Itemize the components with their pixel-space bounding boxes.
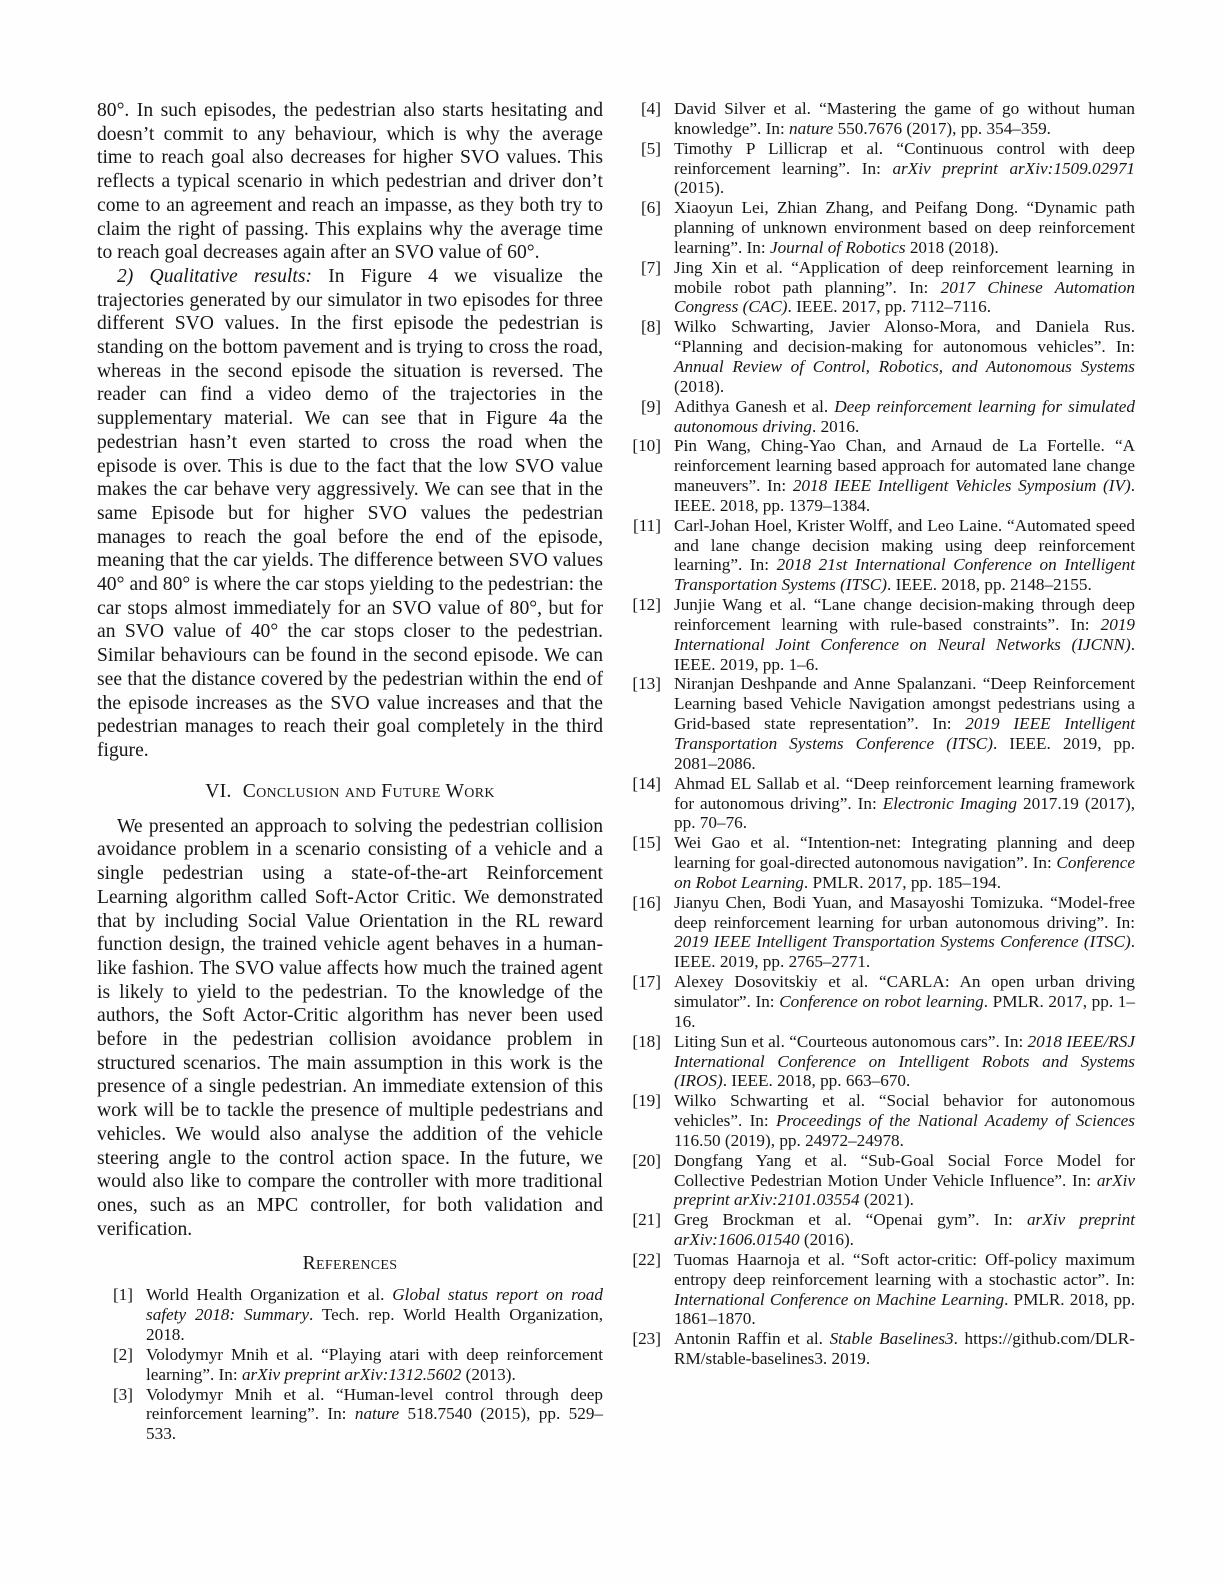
reference-text: Pin Wang, Ching-Yao Chan, and Arnaud de … <box>674 436 1135 515</box>
reference-label: [3] <box>97 1385 133 1445</box>
reference-item: [21]Greg Brockman et al. “Openai gym”. I… <box>625 1210 1135 1250</box>
reference-item: [12]Junjie Wang et al. “Lane change deci… <box>625 595 1135 674</box>
reference-label: [12] <box>625 595 661 674</box>
reference-text: Jianyu Chen, Bodi Yuan, and Masayoshi To… <box>674 893 1135 972</box>
reference-label: [18] <box>625 1032 661 1092</box>
italic-text: Conference on robot learning <box>779 992 984 1011</box>
italic-text: arXiv preprint arXiv:1312.5602 <box>242 1365 461 1384</box>
reference-text: Alexey Dosovitskiy et al. “CARLA: An ope… <box>674 972 1135 1032</box>
references-heading: References <box>97 1253 603 1275</box>
text-run: Jianyu Chen, Bodi Yuan, and Masayoshi To… <box>674 893 1135 932</box>
reference-text: Dongfang Yang et al. “Sub-Goal Social Fo… <box>674 1151 1135 1211</box>
reference-item: [2]Volodymyr Mnih et al. “Playing atari … <box>97 1345 603 1385</box>
reference-item: [5]Timothy P Lillicrap et al. “Continuou… <box>625 139 1135 199</box>
text-run: 2018 (2018). <box>906 238 999 257</box>
text-run: . IEEE. 2017, pp. 7112–7116. <box>787 297 991 316</box>
reference-label: [1] <box>97 1285 133 1345</box>
reference-item: [22]Tuomas Haarnoja et al. “Soft actor-c… <box>625 1250 1135 1329</box>
paragraph: 2) Qualitative results: In Figure 4 we v… <box>97 265 603 763</box>
italic-text: 2) Qualitative results: <box>117 266 312 287</box>
text-run: Junjie Wang et al. “Lane change decision… <box>674 595 1135 634</box>
reference-text: Greg Brockman et al. “Openai gym”. In: a… <box>674 1210 1135 1250</box>
italic-text: 2019 IEEE Intelligent Transportation Sys… <box>674 932 1131 951</box>
references-list-right: [4]David Silver et al. “Mastering the ga… <box>625 99 1135 1369</box>
reference-text: Xiaoyun Lei, Zhian Zhang, and Peifang Do… <box>674 198 1135 258</box>
reference-label: [6] <box>625 198 661 258</box>
italic-text: Electronic Imaging <box>883 794 1017 813</box>
paragraph: We presented an approach to solving the … <box>97 815 603 1242</box>
reference-item: [17]Alexey Dosovitskiy et al. “CARLA: An… <box>625 972 1135 1032</box>
reference-item: [15]Wei Gao et al. “Intention-net: Integ… <box>625 833 1135 893</box>
text-run: In Figure 4 we visualize the trajectorie… <box>97 266 603 761</box>
paper-page: 80°. In such episodes, the pedestrian al… <box>0 0 1224 1584</box>
reference-label: [4] <box>625 99 661 139</box>
text-run: Adithya Ganesh et al. <box>674 397 834 416</box>
italic-text: nature <box>355 1404 399 1423</box>
reference-text: Volodymyr Mnih et al. “Human-level contr… <box>146 1385 603 1445</box>
text-run: . IEEE. 2018, pp. 2148–2155. <box>887 575 1092 594</box>
reference-text: Volodymyr Mnih et al. “Playing atari wit… <box>146 1345 603 1385</box>
reference-label: [15] <box>625 833 661 893</box>
text-run: Wilko Schwarting, Javier Alonso-Mora, an… <box>674 317 1135 356</box>
reference-text: Junjie Wang et al. “Lane change decision… <box>674 595 1135 674</box>
text-run: Greg Brockman et al. “Openai gym”. In: <box>674 1210 1027 1229</box>
reference-label: [20] <box>625 1151 661 1211</box>
text-run: Antonin Raffin et al. <box>674 1329 830 1348</box>
text-run: Tuomas Haarnoja et al. “Soft actor-criti… <box>674 1250 1135 1289</box>
reference-label: [21] <box>625 1210 661 1250</box>
reference-item: [16]Jianyu Chen, Bodi Yuan, and Masayosh… <box>625 893 1135 972</box>
reference-item: [10]Pin Wang, Ching-Yao Chan, and Arnaud… <box>625 436 1135 515</box>
text-run: (2018). <box>674 377 724 396</box>
reference-label: [22] <box>625 1250 661 1329</box>
italic-text: International Conference on Machine Lear… <box>674 1290 1004 1309</box>
reference-text: Niranjan Deshpande and Anne Spalanzani. … <box>674 674 1135 773</box>
reference-text: Wilko Schwarting, Javier Alonso-Mora, an… <box>674 317 1135 396</box>
section-number: VI. <box>205 781 231 802</box>
reference-label: [11] <box>625 516 661 595</box>
reference-text: Adithya Ganesh et al. Deep reinforcement… <box>674 397 1135 437</box>
right-column: [4]David Silver et al. “Mastering the ga… <box>625 99 1135 1544</box>
text-run: World Health Organization et al. <box>146 1285 392 1304</box>
reference-item: [11]Carl-Johan Hoel, Krister Wolff, and … <box>625 516 1135 595</box>
left-column: 80°. In such episodes, the pedestrian al… <box>97 99 603 1544</box>
reference-label: [17] <box>625 972 661 1032</box>
text-run: Liting Sun et al. “Courteous autonomous … <box>674 1032 1028 1051</box>
reference-item: [1]World Health Organization et al. Glob… <box>97 1285 603 1345</box>
reference-text: David Silver et al. “Mastering the game … <box>674 99 1135 139</box>
reference-label: [14] <box>625 774 661 834</box>
text-run: (2013). <box>461 1365 515 1384</box>
reference-item: [23]Antonin Raffin et al. Stable Baselin… <box>625 1329 1135 1369</box>
italic-text: Stable Baselines3 <box>830 1329 954 1348</box>
reference-text: Wei Gao et al. “Intention-net: Integrati… <box>674 833 1135 893</box>
text-run: (2021). <box>860 1190 914 1209</box>
reference-text: Wilko Schwarting et al. “Social behavior… <box>674 1091 1135 1151</box>
reference-item: [18]Liting Sun et al. “Courteous autonom… <box>625 1032 1135 1092</box>
reference-label: [16] <box>625 893 661 972</box>
reference-label: [5] <box>625 139 661 199</box>
reference-item: [8]Wilko Schwarting, Javier Alonso-Mora,… <box>625 317 1135 396</box>
reference-text: Jing Xin et al. “Application of deep rei… <box>674 258 1135 318</box>
reference-label: [13] <box>625 674 661 773</box>
italic-text: Proceedings of the National Academy of S… <box>776 1111 1135 1130</box>
reference-text: Liting Sun et al. “Courteous autonomous … <box>674 1032 1135 1092</box>
text-run: Dongfang Yang et al. “Sub-Goal Social Fo… <box>674 1151 1135 1190</box>
reference-item: [6]Xiaoyun Lei, Zhian Zhang, and Peifang… <box>625 198 1135 258</box>
section-heading: VI.Conclusion and Future Work <box>97 781 603 803</box>
text-run: (2015). <box>674 178 724 197</box>
reference-item: [14]Ahmad EL Sallab et al. “Deep reinfor… <box>625 774 1135 834</box>
paragraph: 80°. In such episodes, the pedestrian al… <box>97 99 603 265</box>
italic-text: Journal of Robotics <box>770 238 906 257</box>
references-list-left: [1]World Health Organization et al. Glob… <box>97 1285 603 1444</box>
reference-label: [9] <box>625 397 661 437</box>
reference-item: [19]Wilko Schwarting et al. “Social beha… <box>625 1091 1135 1151</box>
text-run: 80°. In such episodes, the pedestrian al… <box>97 100 603 263</box>
reference-item: [7]Jing Xin et al. “Application of deep … <box>625 258 1135 318</box>
reference-text: Ahmad EL Sallab et al. “Deep reinforceme… <box>674 774 1135 834</box>
body-paragraphs: 80°. In such episodes, the pedestrian al… <box>97 99 603 763</box>
text-run: We presented an approach to solving the … <box>97 816 603 1240</box>
reference-label: [23] <box>625 1329 661 1369</box>
italic-text: nature <box>789 119 833 138</box>
text-run: . 2016. <box>812 417 859 436</box>
section-title: Conclusion and Future Work <box>243 781 495 802</box>
reference-label: [2] <box>97 1345 133 1385</box>
text-run: . IEEE. 2018, pp. 663–670. <box>723 1071 911 1090</box>
reference-text: World Health Organization et al. Global … <box>146 1285 603 1345</box>
reference-text: Antonin Raffin et al. Stable Baselines3.… <box>674 1329 1135 1369</box>
reference-label: [7] <box>625 258 661 318</box>
text-run: . PMLR. 2017, pp. 185–194. <box>804 873 1001 892</box>
text-run: 550.7676 (2017), pp. 354–359. <box>833 119 1051 138</box>
reference-label: [8] <box>625 317 661 396</box>
reference-text: Tuomas Haarnoja et al. “Soft actor-criti… <box>674 1250 1135 1329</box>
italic-text: arXiv preprint arXiv:1509.02971 <box>892 159 1135 178</box>
reference-item: [13]Niranjan Deshpande and Anne Spalanza… <box>625 674 1135 773</box>
text-run: 116.50 (2019), pp. 24972–24978. <box>674 1131 904 1150</box>
reference-label: [10] <box>625 436 661 515</box>
text-run: (2016). <box>800 1230 854 1249</box>
reference-item: [20]Dongfang Yang et al. “Sub-Goal Socia… <box>625 1151 1135 1211</box>
italic-text: 2018 IEEE Intelligent Vehicles Symposium… <box>793 476 1131 495</box>
reference-text: Carl-Johan Hoel, Krister Wolff, and Leo … <box>674 516 1135 595</box>
italic-text: Annual Review of Control, Robotics, and … <box>674 357 1135 376</box>
reference-text: Timothy P Lillicrap et al. “Continuous c… <box>674 139 1135 199</box>
conclusion-paragraphs: We presented an approach to solving the … <box>97 815 603 1242</box>
reference-item: [3]Volodymyr Mnih et al. “Human-level co… <box>97 1385 603 1445</box>
reference-item: [4]David Silver et al. “Mastering the ga… <box>625 99 1135 139</box>
reference-item: [9]Adithya Ganesh et al. Deep reinforcem… <box>625 397 1135 437</box>
reference-label: [19] <box>625 1091 661 1151</box>
